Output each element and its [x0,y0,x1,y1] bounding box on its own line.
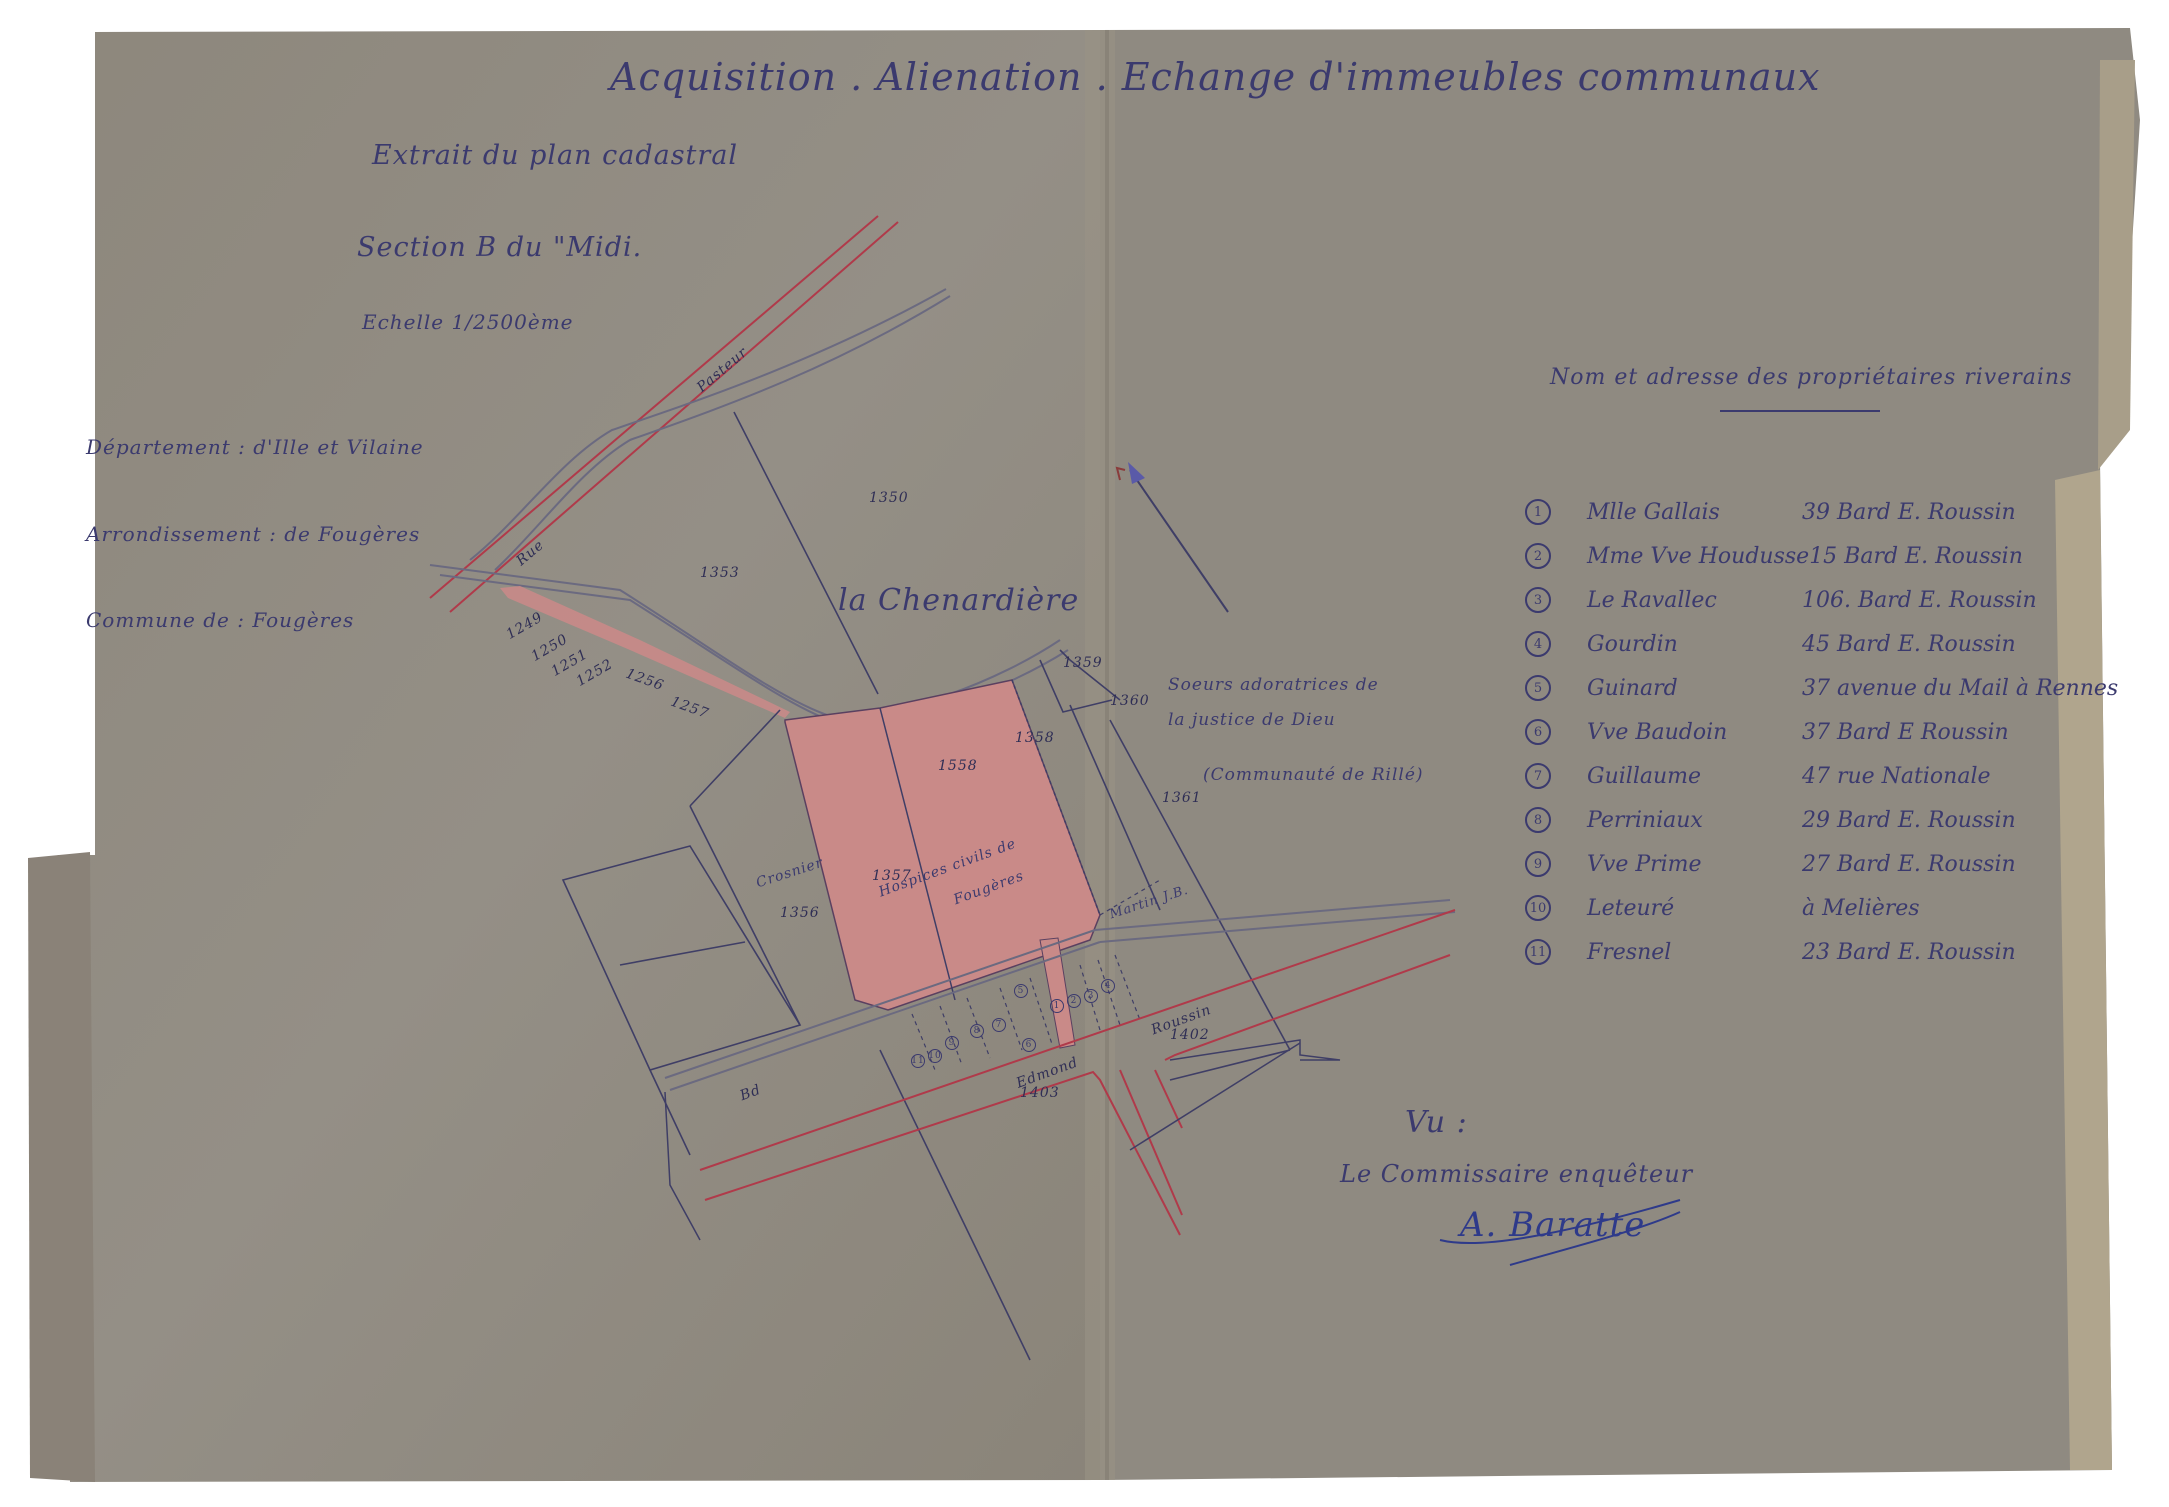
signature-flourish [0,0,2169,1507]
